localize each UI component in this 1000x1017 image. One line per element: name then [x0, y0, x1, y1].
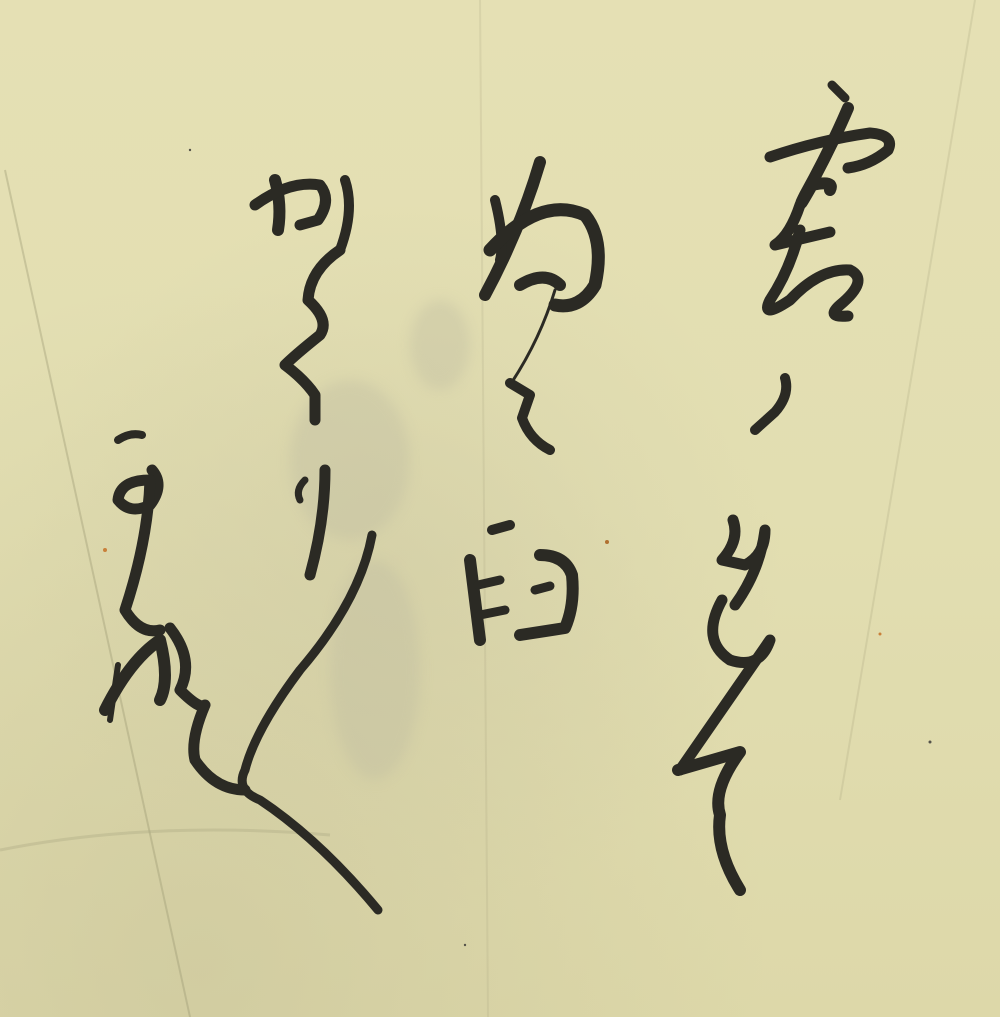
ink-strokes: [0, 0, 1000, 1017]
column-2-characters: [470, 162, 598, 640]
paper-specks: [103, 149, 932, 946]
column-1-characters: [678, 85, 890, 890]
column-4-characters: [105, 434, 245, 790]
column-3-characters: [242, 180, 378, 910]
calligraphy-paper: 寒ゝきて ゆく白 かくり のあ: [0, 0, 1000, 1017]
